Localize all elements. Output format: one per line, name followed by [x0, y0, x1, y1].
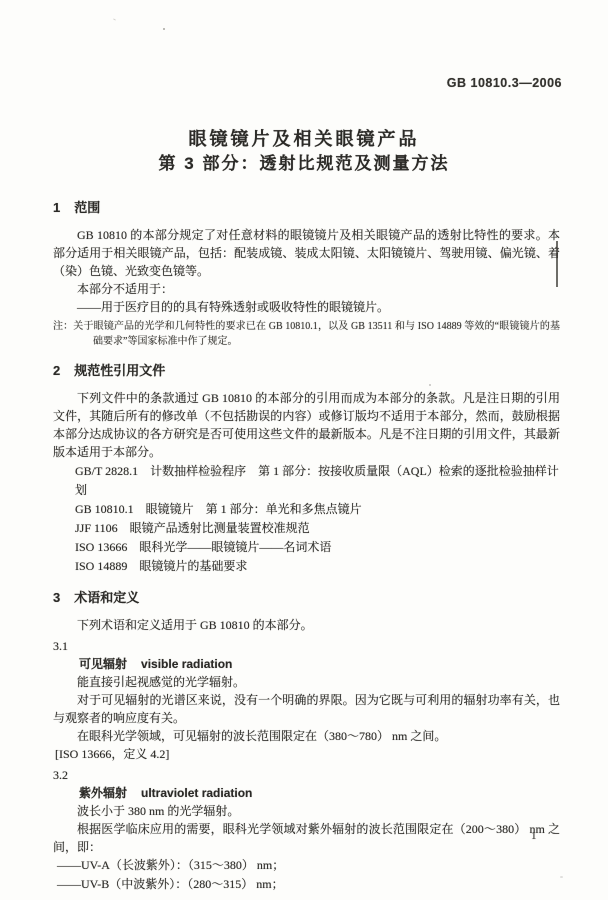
section-1-number: 1 — [53, 200, 60, 215]
section-2-number: 2 — [53, 363, 60, 378]
term-3-1-line: 可见辐射visible radiation — [53, 655, 560, 673]
page-number: 1 — [531, 830, 537, 842]
section-2-heading: 2规范性引用文件 — [53, 362, 560, 380]
term-3-2-line: 紫外辐射ultraviolet radiation — [53, 784, 560, 802]
uv-range-item: ——UV-A（长波紫外）：（315～380） nm； — [53, 856, 560, 875]
section-3-heading: 3术语和定义 — [53, 589, 560, 607]
section-1-heading: 1范围 — [53, 199, 560, 217]
term-3-1-number: 3.1 — [53, 637, 560, 655]
reference-item: ISO 13666 眼科光学——眼镜镜片——名词术语 — [53, 538, 560, 557]
term-3-1-english: visible radiation — [141, 657, 232, 671]
term-3-1-definition: 能直接引起视感觉的光学辐射。 — [53, 673, 560, 691]
section-1-note: 注：关于眼镜产品的光学和几何特性的要求已在 GB 10810.1，以及 GB 1… — [53, 319, 560, 349]
title-line-1: 眼镜镜片及相关眼镜产品 — [0, 127, 608, 151]
uv-range-item: ——UV-B（中波紫外）：（280～315） nm； — [53, 875, 560, 894]
scan-speck — [560, 876, 563, 878]
term-3-2-english: ultraviolet radiation — [141, 786, 252, 800]
section-1-title: 范围 — [74, 200, 100, 215]
document-page: GB 10810.3—2006 眼镜镜片及相关眼镜产品 第 3 部分：透射比规范… — [0, 0, 608, 900]
reference-item: GB 10810.1 眼镜镜片 第 1 部分：单光和多焦点镜片 — [53, 500, 560, 519]
scan-speck — [163, 28, 165, 30]
section-1-paragraph-1: GB 10810 的本部分规定了对任意材料的眼镜镜片及相关眼镜产品的透射比特性的… — [53, 226, 560, 280]
section-3-title: 术语和定义 — [74, 590, 139, 605]
section-3-number: 3 — [53, 590, 60, 605]
reference-item: ISO 14889 眼镜镜片的基础要求 — [53, 557, 560, 576]
term-3-1-chinese: 可见辐射 — [79, 657, 127, 671]
title-line-2: 第 3 部分：透射比规范及测量方法 — [0, 151, 608, 177]
section-2-title: 规范性引用文件 — [74, 363, 165, 378]
term-3-1-note-1: 对于可见辐射的光谱区来说，没有一个明确的界限。因为它既与可利用的辐射功率有关，也… — [53, 691, 560, 727]
term-3-2-definition: 波长小于 380 nm 的光学辐射。 — [53, 802, 560, 820]
section-1-paragraph-2: 本部分不适用于： — [53, 280, 560, 298]
reference-list: GB/T 2828.1 计数抽样检验程序 第 1 部分：按接收质量限（AQL）检… — [53, 462, 560, 576]
term-3-2-number: 3.2 — [53, 766, 560, 784]
scan-speck — [113, 18, 116, 20]
reference-item: GB/T 2828.1 计数抽样检验程序 第 1 部分：按接收质量限（AQL）检… — [53, 462, 560, 500]
section-3-paragraph-1: 下列术语和定义适用于 GB 10810 的本部分。 — [53, 616, 560, 634]
reference-item: JJF 1106 眼镜产品透射比测量装置校准规范 — [53, 519, 560, 538]
standard-code: GB 10810.3—2006 — [447, 76, 562, 90]
document-title: 眼镜镜片及相关眼镜产品 第 3 部分：透射比规范及测量方法 — [0, 127, 608, 177]
term-3-1-note-2: 在眼科光学领域，可见辐射的波长范围限定在（380～780） nm 之间。 — [53, 727, 560, 745]
section-1-exclusion-item: ——用于医疗目的的具有特殊透射或吸收特性的眼镜镜片。 — [53, 298, 560, 316]
term-3-1-source: [ISO 13666，定义 4.2] — [53, 745, 560, 763]
section-2-paragraph-1: 下列文件中的条款通过 GB 10810 的本部分的引用而成为本部分的条款。凡是注… — [53, 389, 560, 461]
term-3-2-note-1: 根据医学临床应用的需要，眼科光学领域对紫外辐射的波长范围限定在（200～380）… — [53, 820, 560, 856]
document-body: 1范围 GB 10810 的本部分规定了对任意材料的眼镜镜片及相关眼镜产品的透射… — [53, 199, 560, 894]
term-3-2-chinese: 紫外辐射 — [79, 786, 127, 800]
